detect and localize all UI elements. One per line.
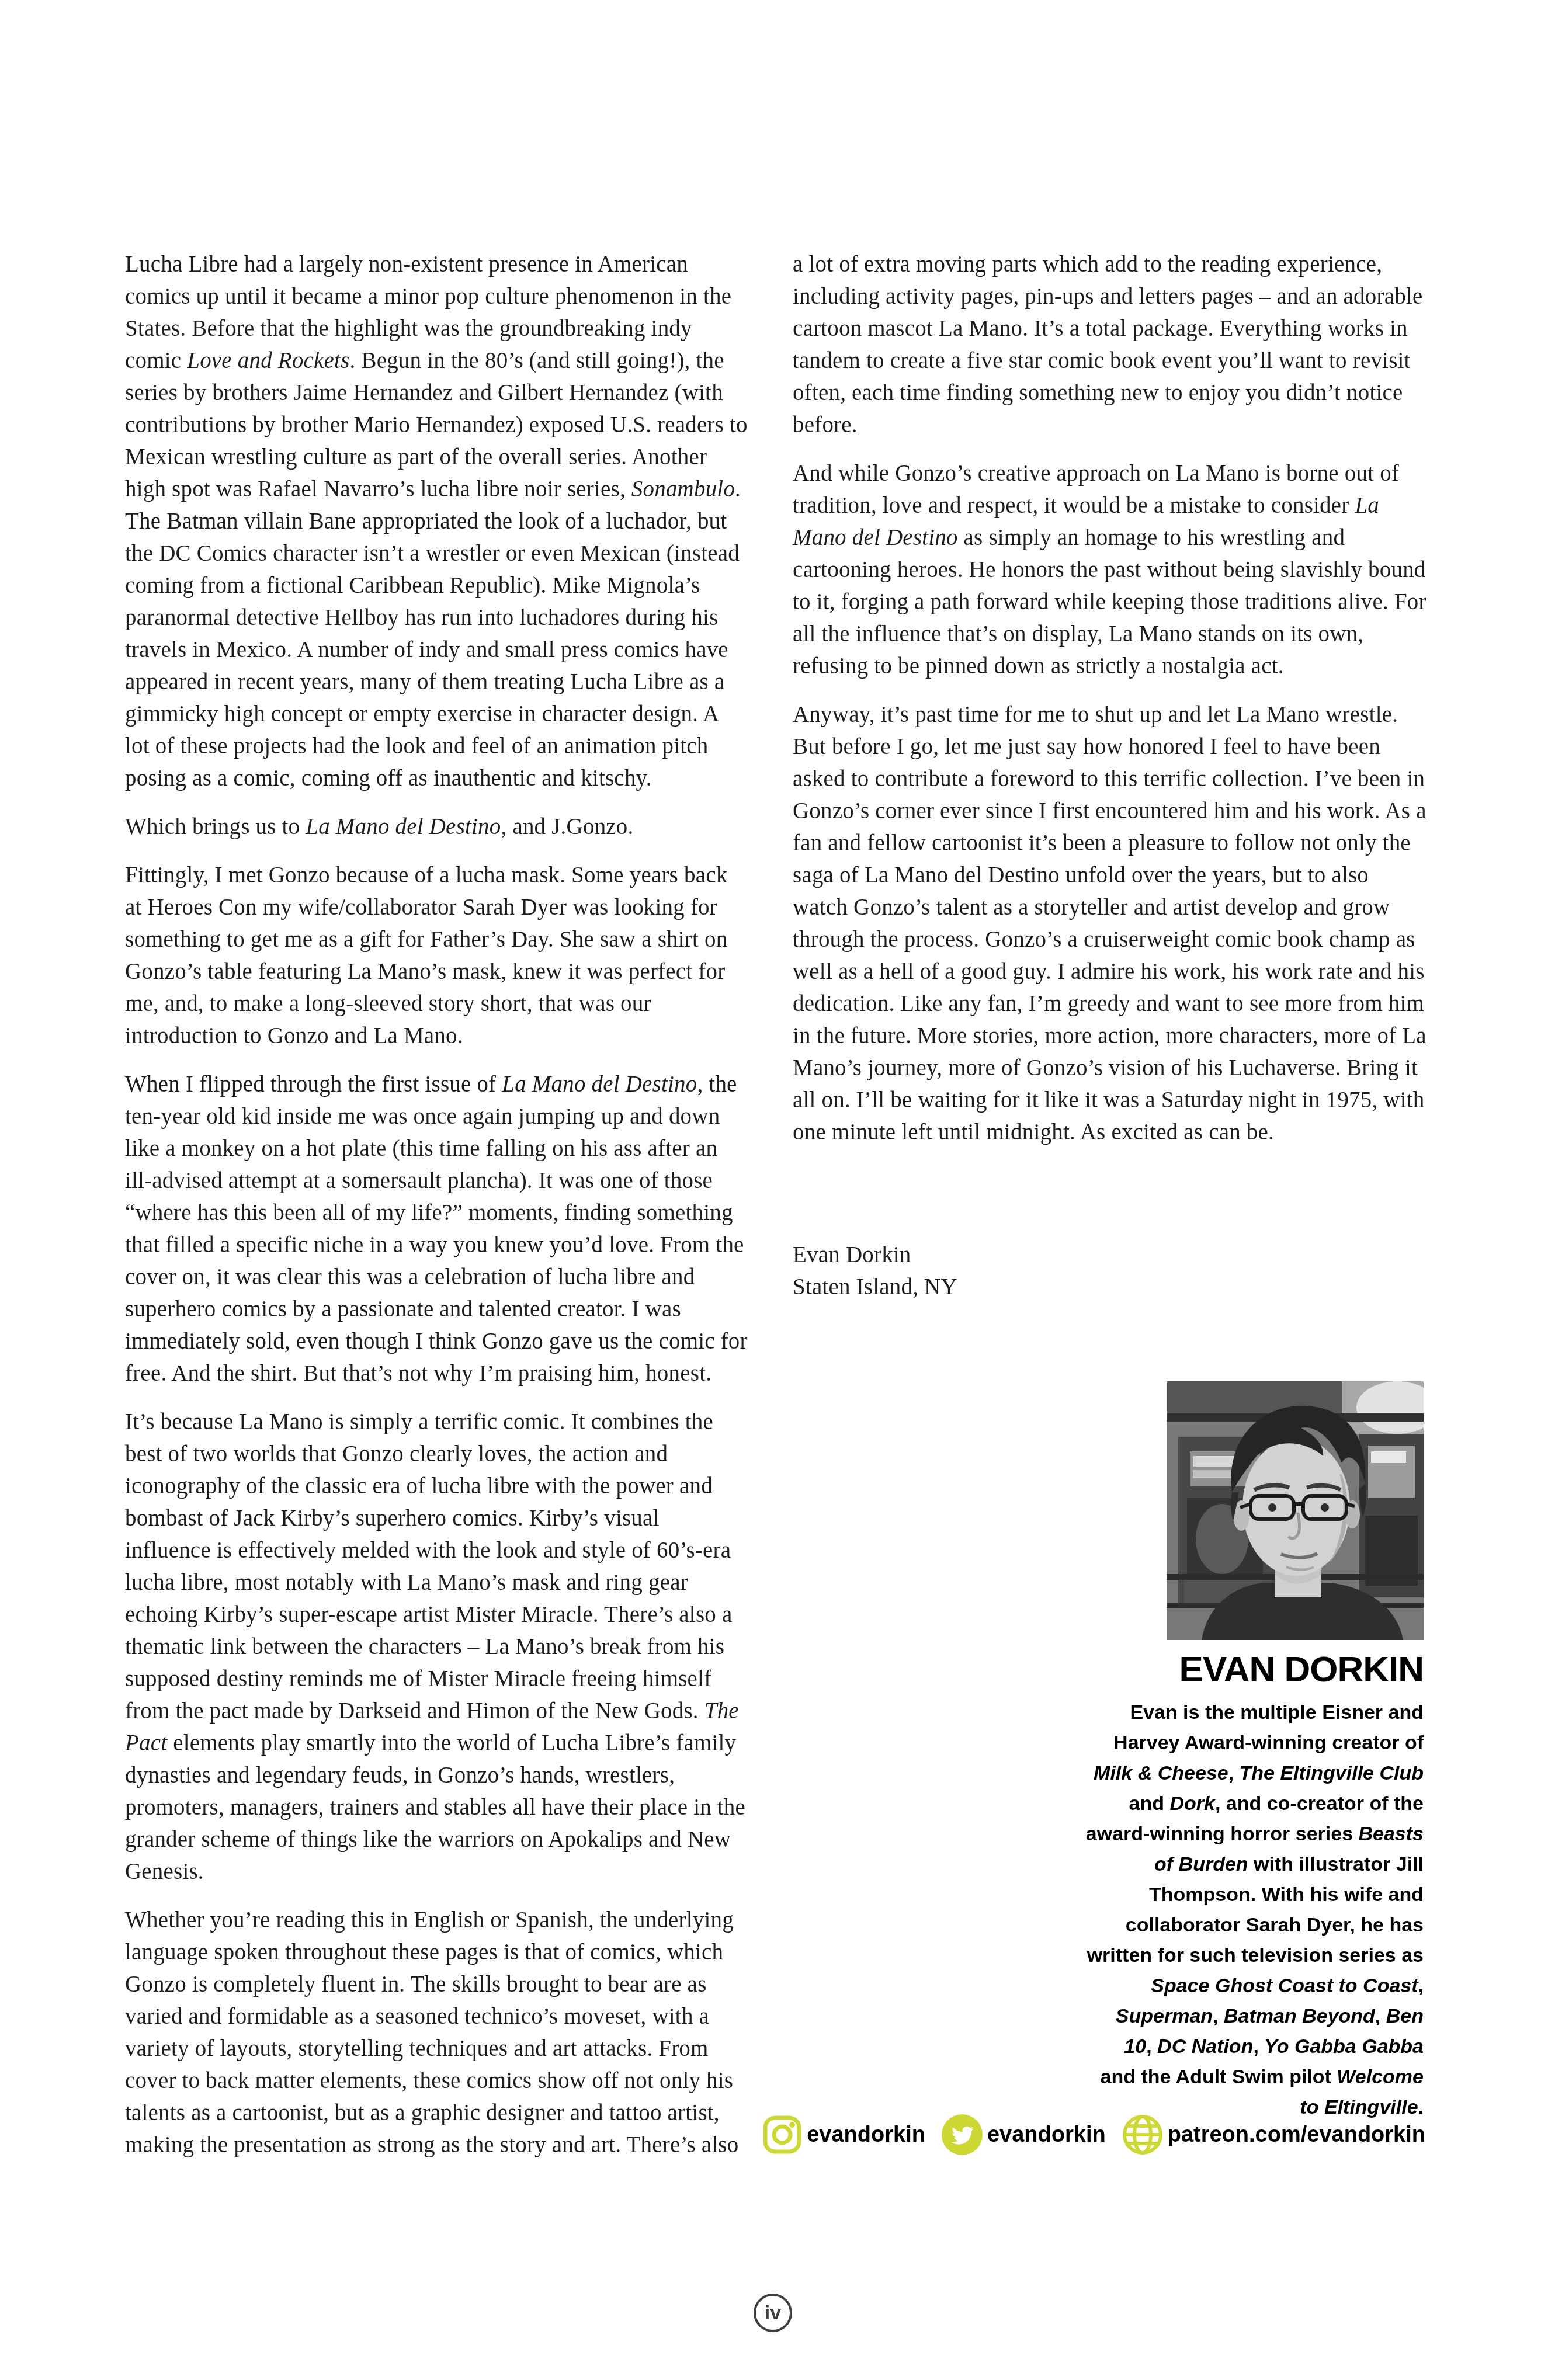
paragraph: Fittingly, I met Gonzo because of a luch…	[125, 859, 748, 1052]
paragraph: It’s because La Mano is simply a terrifi…	[125, 1406, 748, 1888]
page-number-badge: iv	[754, 2294, 792, 2332]
globe-icon	[1121, 2113, 1164, 2156]
social-item-twitter[interactable]: evandorkin	[940, 2113, 1106, 2156]
patreon-url: patreon.com/evandorkin	[1168, 2122, 1425, 2148]
signature-name: Evan Dorkin	[793, 1239, 1426, 1271]
paragraph: Which brings us to La Mano del Destino, …	[125, 811, 748, 843]
foreword-right-column: a lot of extra moving parts which add to…	[793, 248, 1426, 1303]
social-links-row: evandorkin evandorkin pat	[793, 2113, 1425, 2156]
paragraph: Lucha Libre had a largely non-existent p…	[125, 248, 748, 794]
right-column-paragraphs: a lot of extra moving parts which add to…	[793, 248, 1426, 1148]
book-foreword-page: Lucha Libre had a largely non-existent p…	[0, 0, 1548, 2380]
foreword-left-column: Lucha Libre had a largely non-existent p…	[125, 248, 748, 2177]
twitter-icon	[940, 2113, 984, 2156]
bio-heading: EVAN DORKIN	[898, 1651, 1424, 1689]
paragraph: Anyway, it’s past time for me to shut up…	[793, 699, 1426, 1148]
signature-location: Staten Island, NY	[793, 1271, 1426, 1303]
bio-text: Evan is the multiple Eisner and Harvey A…	[1085, 1697, 1424, 2122]
page-number: iv	[765, 2302, 781, 2325]
evan-dorkin-portrait-photo	[1167, 1381, 1424, 1640]
social-item-patreon[interactable]: patreon.com/evandorkin	[1121, 2113, 1425, 2156]
paragraph: When I flipped through the first issue o…	[125, 1068, 748, 1389]
signature-block: Evan Dorkin Staten Island, NY	[793, 1239, 1426, 1303]
twitter-handle: evandorkin	[987, 2122, 1106, 2148]
instagram-handle: evandorkin	[807, 2122, 925, 2148]
paragraph: And while Gonzo’s creative approach on L…	[793, 457, 1426, 682]
social-item-instagram[interactable]: evandorkin	[761, 2114, 925, 2156]
portrait-photo-graphic	[1167, 1381, 1424, 1640]
paragraph: Whether you’re reading this in English o…	[125, 1904, 748, 2161]
instagram-icon	[761, 2114, 803, 2156]
paragraph: a lot of extra moving parts which add to…	[793, 248, 1426, 441]
